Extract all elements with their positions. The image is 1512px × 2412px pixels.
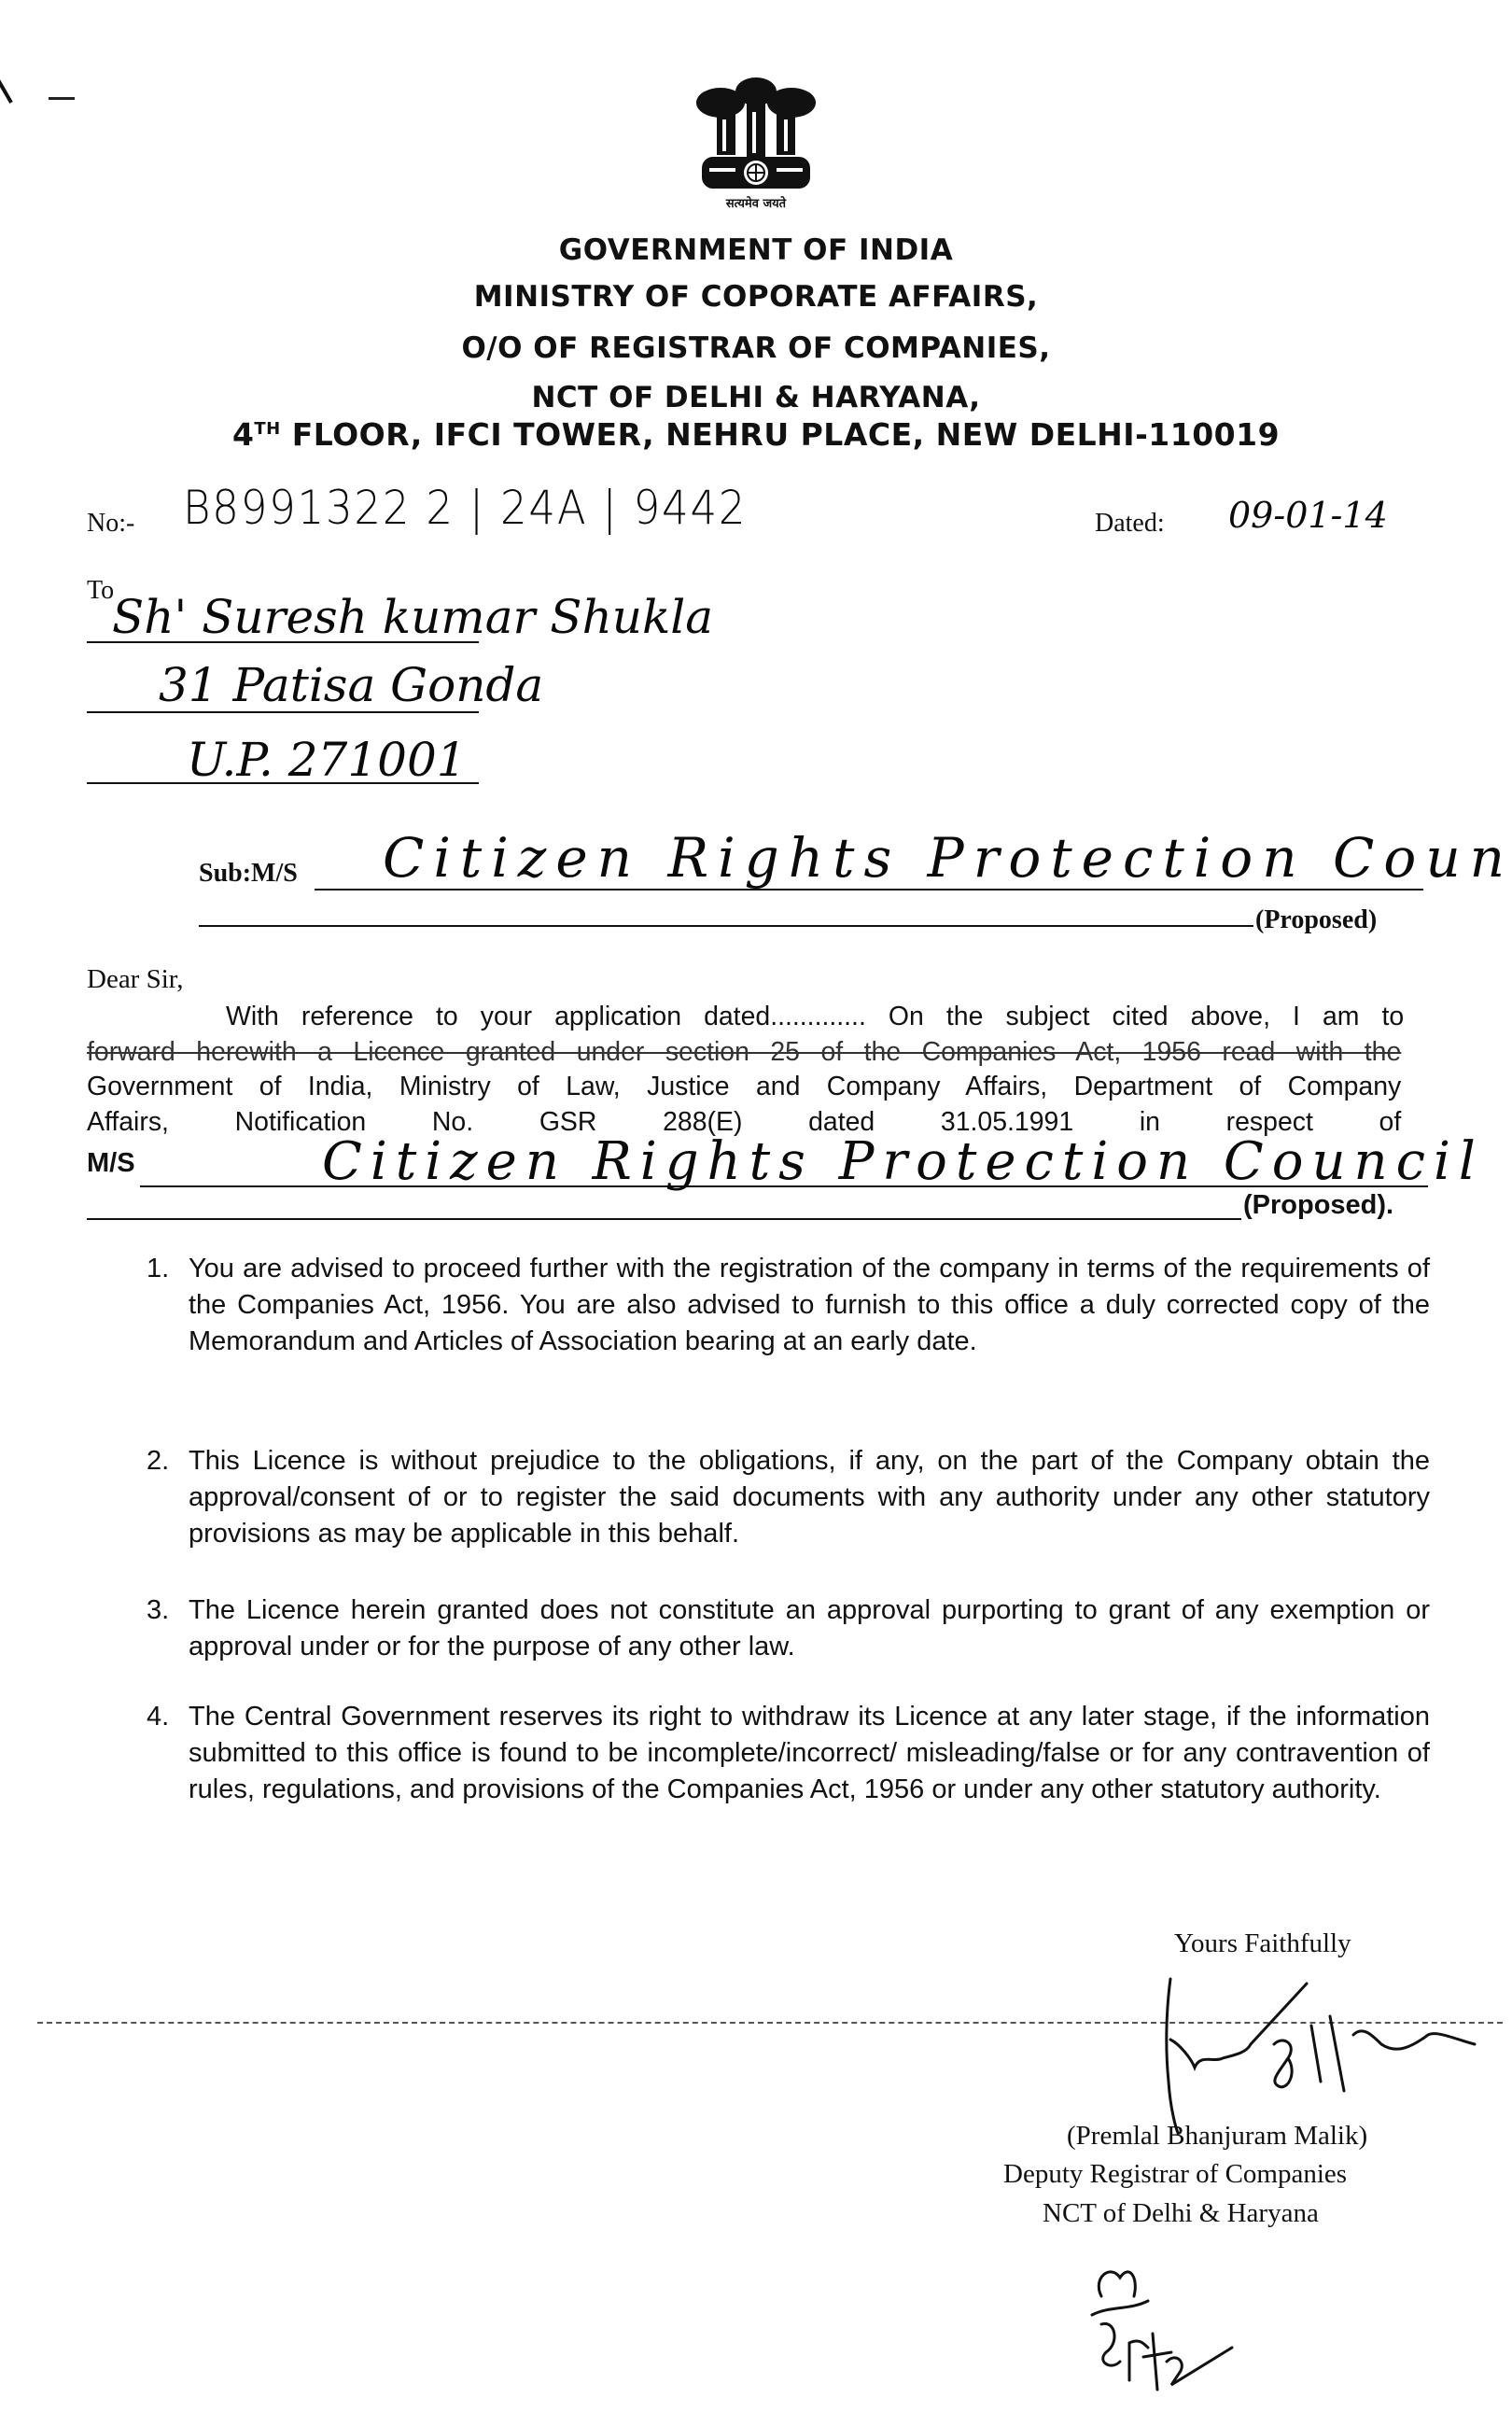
initials-signature-icon — [1083, 2259, 1241, 2399]
addressee-underline-1 — [87, 641, 479, 643]
subject-proposed: (Proposed) — [1255, 905, 1377, 935]
body-proposed: (Proposed). — [1243, 1190, 1393, 1221]
condition-item-1: 1. You are advised to proceed further wi… — [147, 1251, 1430, 1360]
letterhead-ministry: MINISTRY OF COPORATE AFFAIRS, — [0, 280, 1512, 314]
signatory-jurisdiction: NCT of Delhi & Haryana — [1043, 2198, 1319, 2229]
body-company-name: Citizen Rights Protection Council — [322, 1131, 1484, 1192]
condition-item-3: 3. The Licence herein granted does not c… — [147, 1592, 1430, 1665]
body-ms-label: M/S — [87, 1148, 135, 1179]
addressee-line-1: Sh' Suresh kumar Shukla — [112, 590, 713, 644]
letterhead-office: O/O OF REGISTRAR OF COMPANIES, — [0, 331, 1512, 365]
addressee-underline-2 — [87, 711, 479, 713]
signatory-designation: Deputy Registrar of Companies — [1003, 2159, 1347, 2190]
letterhead-jurisdiction: NCT OF DELHI & HARYANA, — [0, 381, 1512, 414]
subject-label: Sub:M/S — [199, 859, 298, 889]
reference-no-label: No:- — [87, 509, 134, 539]
condition-item-4: 4. The Central Government reserves its r… — [147, 1699, 1430, 1808]
valediction: Yours Faithfully — [1174, 1928, 1351, 1959]
addressee-underline-3 — [87, 782, 479, 784]
letterhead-government: GOVERNMENT OF INDIA — [0, 233, 1512, 267]
body-line-1: With reference to your application dated… — [226, 1002, 1404, 1032]
scan-mark — [0, 76, 13, 104]
emblem-motto: सत्यमेव जयते — [691, 194, 821, 211]
condition-item-2: 2. This Licence is without prejudice to … — [147, 1443, 1430, 1552]
body-ms-underline-2 — [87, 1218, 1241, 1220]
dated-label: Dated: — [1095, 509, 1165, 539]
addressee-line-3: U.P. 271001 — [187, 733, 467, 787]
scan-mark — [49, 97, 75, 100]
dated-value: 09-01-14 — [1228, 495, 1388, 536]
signature-date: 8/1/14 — [1279, 2030, 1281, 2031]
national-emblem-icon — [681, 75, 831, 194]
salutation: Dear Sir, — [87, 964, 184, 995]
to-label: To — [87, 576, 114, 606]
signature-icon — [1157, 1970, 1493, 2138]
subject-company-name: Citizen Rights Protection Council — [383, 826, 1512, 890]
signatory-name: (Premlal Bhanjuram Malik) — [1067, 2121, 1367, 2152]
addressee-line-2: 31 Patisa Gonda — [159, 658, 543, 712]
body-line-3: Government of India, Ministry of Law, Ju… — [87, 1072, 1401, 1102]
letterhead-address: 4TH FLOOR, IFCI TOWER, NEHRU PLACE, NEW … — [0, 416, 1512, 453]
body-line-2-struck: forward herewith a Licence granted under… — [87, 1037, 1401, 1068]
subject-underline-2 — [199, 925, 1253, 927]
reference-no-value: B8991322 2 | 24A | 9442 — [183, 481, 747, 535]
